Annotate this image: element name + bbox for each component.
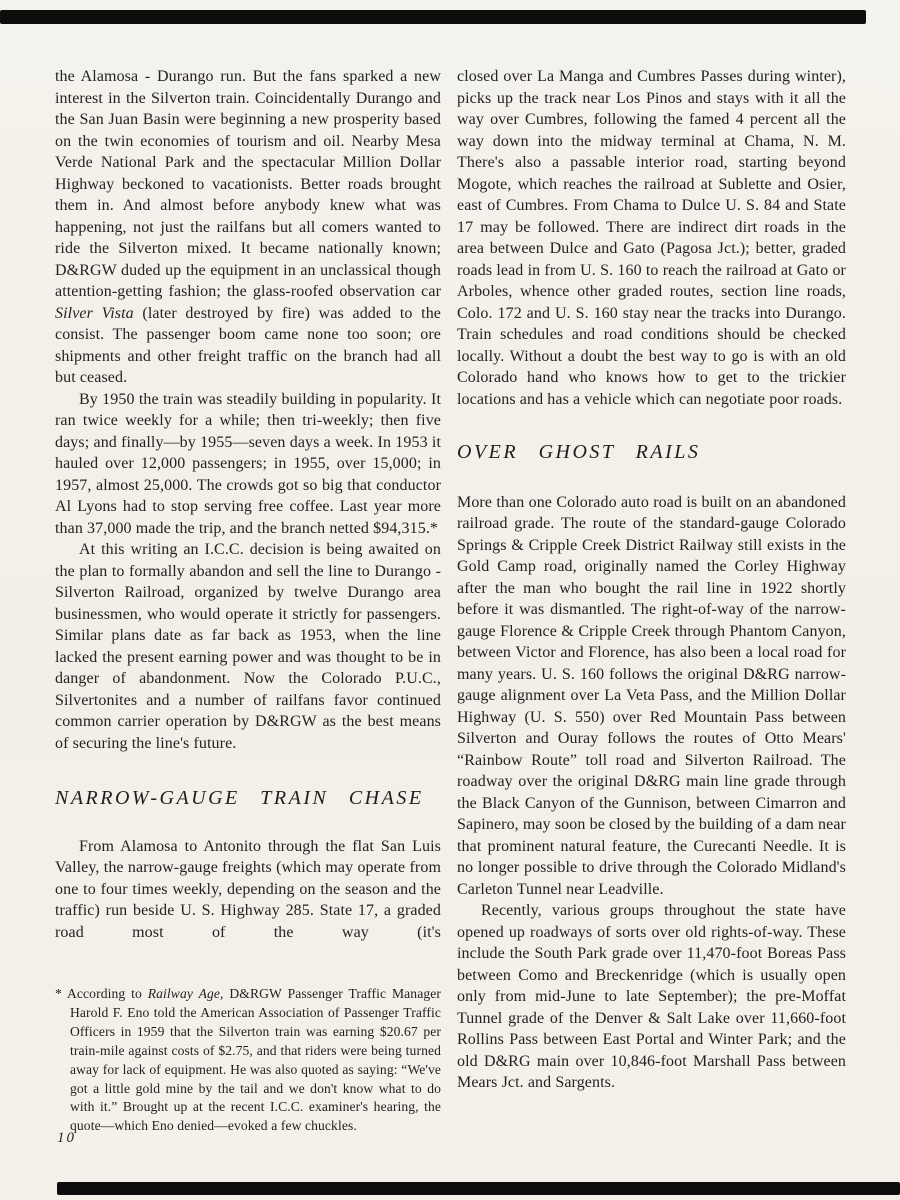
paragraph-silverton-boom: the Alamosa - Durango run. But the fans … <box>55 66 441 389</box>
page-number: 10 <box>57 1130 76 1147</box>
paragraph-abandoned-grades: More than one Colorado auto road is buil… <box>457 492 846 901</box>
text-segment: the Alamosa - Durango run. But the fans … <box>55 68 441 300</box>
section-heading-narrow-gauge-train-chase: NARROW-GAUGE TRAIN CHASE <box>55 788 441 810</box>
footnote: * According to Railway Age, D&RGW Passen… <box>55 985 441 1136</box>
paragraph-cumbres-roads: closed over La Manga and Cumbres Passes … <box>457 66 846 410</box>
text-segment: D&RGW Passenger Traffic Manager Harold F… <box>70 986 441 1133</box>
paragraph-reopened-rights-of-way: Recently, various groups throughout the … <box>457 900 846 1094</box>
paragraph-alamosa-antonito: From Alamosa to Antonito through the fla… <box>55 836 441 944</box>
text-segment-italic-silver-vista: Silver Vista <box>55 305 134 322</box>
right-column: closed over La Manga and Cumbres Passes … <box>457 66 846 1094</box>
section-heading-over-ghost-rails: OVER GHOST RAILS <box>457 442 846 464</box>
footnote-asterisk-text: * According to <box>55 986 148 1001</box>
scan-artifact-bottom-bar <box>57 1182 900 1195</box>
paragraph-ridership-growth: By 1950 the train was steadily building … <box>55 389 441 540</box>
paragraph-icc-decision: At this writing an I.C.C. decision is be… <box>55 539 441 754</box>
text-segment-italic-railway-age: Railway Age, <box>148 986 224 1001</box>
left-column: the Alamosa - Durango run. But the fans … <box>55 66 441 1136</box>
scan-artifact-top-bar <box>0 10 866 24</box>
